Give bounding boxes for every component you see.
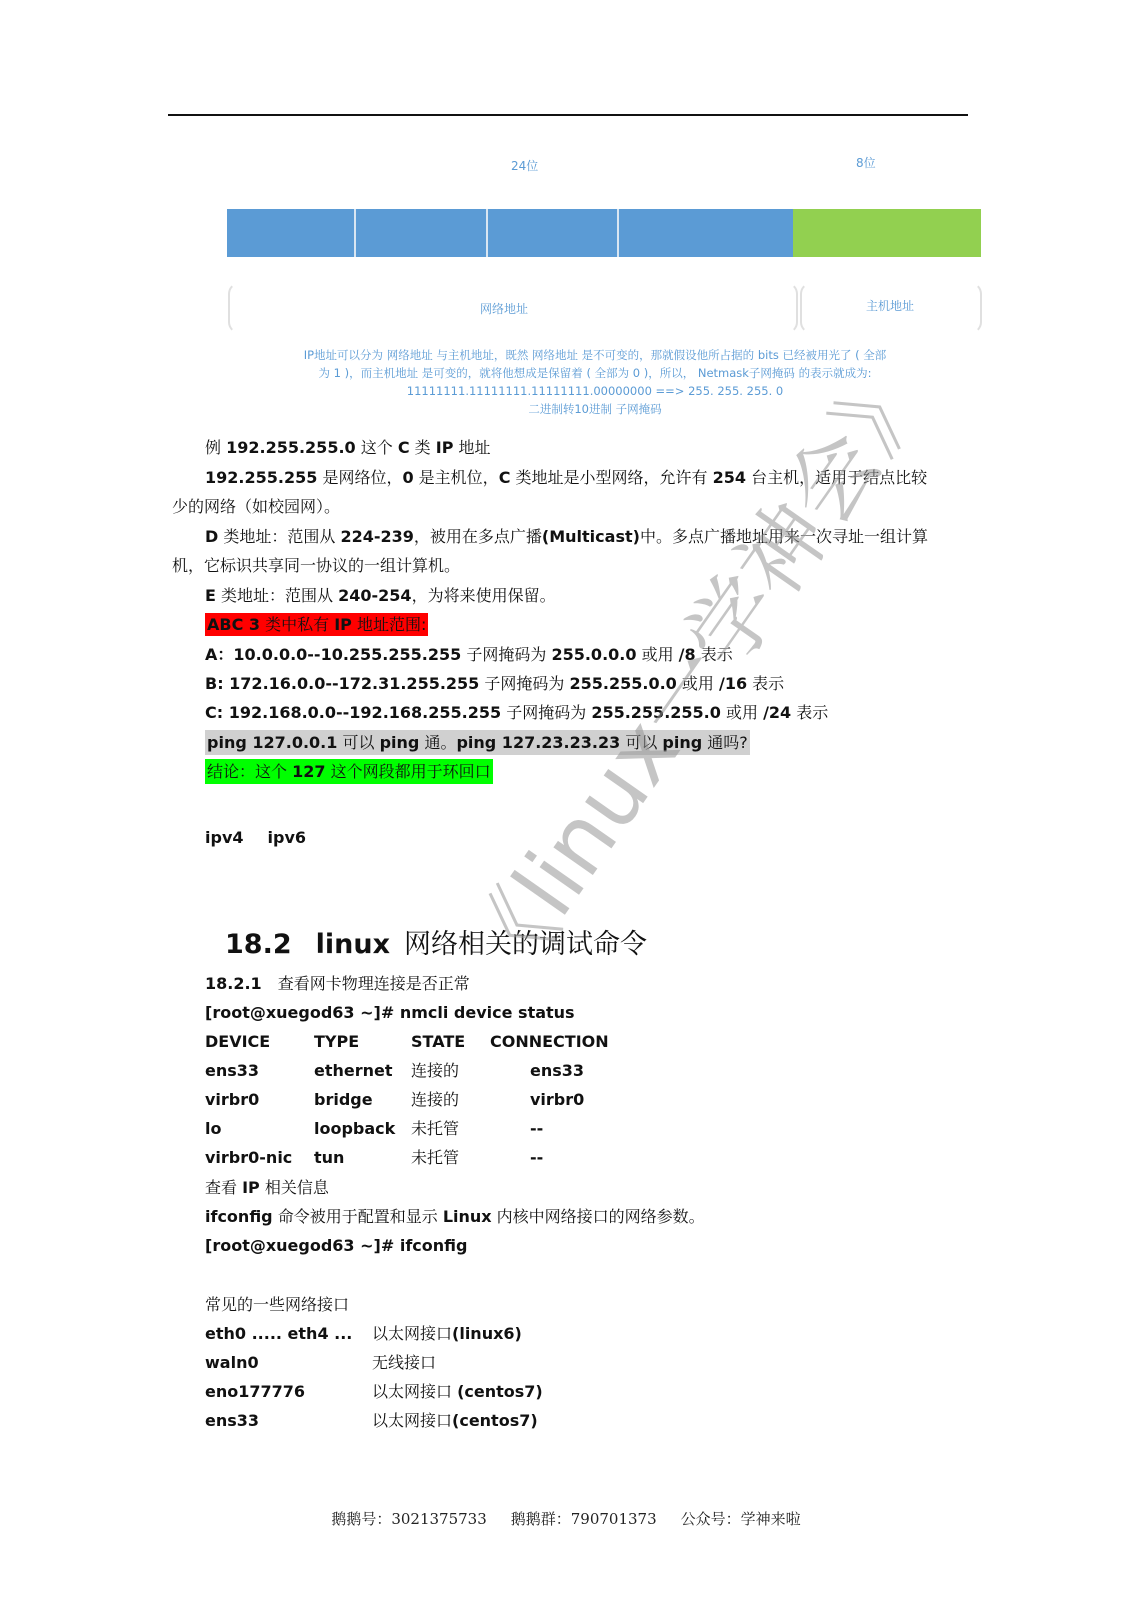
table-cell: 连接的: [411, 1059, 459, 1083]
diagram-caption: IP地址可以分为 网络地址 与主机地址，既然 网络地址 是不可变的，那就假设他所…: [240, 346, 950, 418]
text: IP: [334, 615, 352, 634]
table-cell: 未托管: [411, 1117, 459, 1141]
table-header-cell: DEVICE: [205, 1030, 270, 1054]
text: 这个: [356, 438, 398, 457]
table-cell: virbr0: [530, 1088, 584, 1112]
text: 类地址是小型网络，允许有: [510, 468, 712, 487]
text: 查看: [205, 1178, 242, 1197]
table-cell: loopback: [314, 1117, 395, 1141]
text: 结论：这个: [207, 762, 292, 781]
caption-line: 11111111.11111111.11111111.00000000 ==> …: [240, 382, 950, 400]
subsection-title: 查看网卡物理连接是否正常: [278, 974, 470, 993]
c-class-desc: 192.255.255 是网络位，0 是主机位，C 类地址是小型网络，允许有 2…: [205, 466, 927, 490]
text: 可以: [337, 733, 379, 752]
table-cell: 未托管: [411, 1146, 459, 1170]
text: 192.255.255: [205, 468, 317, 487]
text: 或用: [636, 645, 678, 664]
bar-divider: [486, 209, 488, 257]
network-bar: [227, 209, 793, 257]
text: A：10.0.0.0--10.255.255.255: [205, 645, 461, 664]
text: 表示: [747, 674, 784, 693]
ifconfig-desc: ifconfig 命令被用于配置和显示 Linux 内核中网络接口的网络参数。: [205, 1205, 705, 1229]
d-class-desc: D 类地址：范围从 224-239，被用在多点广播(Multicast)中。多点…: [205, 525, 928, 549]
text: ping: [380, 733, 420, 752]
host-bits-label: 8位: [856, 154, 876, 171]
text: 命令被用于配置和显示: [273, 1207, 443, 1226]
table-cell: lo: [205, 1117, 221, 1141]
text: E: [205, 586, 216, 605]
c-class-desc-cont: 少的网络（如校园网）。: [172, 495, 340, 519]
text: 255.255.0.0: [570, 674, 677, 693]
interface-name: waln0: [205, 1351, 259, 1375]
text: ，为将来使用保留。: [412, 586, 556, 605]
text: C: [499, 468, 511, 487]
text: 是网络位，: [317, 468, 402, 487]
text: /24: [763, 703, 791, 722]
text: 内核中网络接口的网络参数。: [492, 1207, 705, 1226]
text: ABC 3: [207, 615, 260, 634]
text: B: 172.16.0.0--172.31.255.255: [205, 674, 479, 693]
text: 是主机位，: [414, 468, 499, 487]
text: 或用: [677, 674, 719, 693]
table-cell: ethernet: [314, 1059, 393, 1083]
bar-divider: [617, 209, 619, 257]
interface-desc: 以太网接口(centos7): [372, 1409, 538, 1433]
example-line: 例 192.255.255.0 这个 C 类 IP 地址: [205, 436, 491, 460]
interface-name: eth0 ..... eth4 ...: [205, 1322, 352, 1346]
green-highlight: 结论：这个 127 这个网段都用于环回口: [205, 759, 493, 784]
text: 表示: [791, 703, 828, 722]
bar-divider: [354, 209, 356, 257]
section-heading: 18.2linux网络相关的调试命令: [225, 922, 647, 961]
table-cell: --: [530, 1146, 543, 1170]
command-ifconfig: [root@xuegod63 ~]# ifconfig: [205, 1234, 467, 1258]
private-range-c: C: 192.168.0.0--192.168.255.255 子网掩码为 25…: [205, 701, 828, 725]
d-class-desc-cont: 机，它标识共享同一协议的一组计算机。: [172, 554, 460, 578]
network-bits-label: 24位: [511, 157, 538, 174]
text: /8: [679, 645, 696, 664]
interface-desc: 以太网接口(linux6): [372, 1322, 522, 1346]
host-address-label: 主机地址: [866, 297, 914, 314]
table-cell: tun: [314, 1146, 344, 1170]
text: ifconfig: [205, 1207, 273, 1226]
footer-qq: 鹅鹅号：3021375733: [331, 1510, 486, 1528]
text: 0: [402, 468, 413, 487]
text: 通吗?: [702, 733, 748, 752]
table-header-cell: STATE: [411, 1030, 465, 1054]
text: 这个网段都用于环回口: [326, 762, 491, 781]
text: 类: [410, 438, 436, 457]
table-cell: ens33: [205, 1059, 259, 1083]
red-highlight: ABC 3 类中私有 IP 地址范围:: [205, 613, 428, 636]
text: 类地址：范围从: [216, 586, 338, 605]
text: 例: [205, 438, 226, 457]
text: 台主机，适用于结点比较: [746, 468, 927, 487]
ip-address: 192.255.255.0: [226, 438, 356, 457]
conclusion: 结论：这个 127 这个网段都用于环回口: [205, 760, 493, 784]
ipv-line: ipv4ipv6: [205, 826, 306, 850]
table-cell: --: [530, 1117, 543, 1141]
text: /16: [719, 674, 747, 693]
table-cell: bridge: [314, 1088, 373, 1112]
footer-group: 鹅鹅群：790701373: [511, 1510, 657, 1528]
caption-line: 为 1 )，而主机地址 是可变的，就将他想成是保留着 ( 全部为 0 )，所以，…: [240, 364, 950, 382]
host-bar: [793, 209, 981, 257]
table-cell: virbr0-nic: [205, 1146, 292, 1170]
text: 240-254: [338, 586, 411, 605]
text: 地址: [453, 438, 490, 457]
table-cell: ens33: [530, 1059, 584, 1083]
text: IP: [436, 438, 454, 457]
section-title: 网络相关的调试命令: [404, 929, 647, 960]
text: 类中私有: [260, 615, 334, 634]
text: 254: [713, 468, 746, 487]
caption-line: IP地址可以分为 网络地址 与主机地址，既然 网络地址 是不可变的，那就假设他所…: [240, 346, 950, 364]
text: 表示: [696, 645, 733, 664]
text: ping 127.23.23.23: [456, 733, 620, 752]
table-header-cell: TYPE: [314, 1030, 359, 1054]
text: ping 127.0.0.1: [207, 733, 337, 752]
text: 地址范围:: [352, 615, 426, 634]
caption-line: 二进制转10进制 子网掩码: [240, 400, 950, 418]
command-nmcli: [root@xuegod63 ~]# nmcli device status: [205, 1001, 575, 1025]
interface-desc: 以太网接口 (centos7): [372, 1380, 543, 1404]
text: 通。: [419, 733, 456, 752]
footer: 鹅鹅号：3021375733鹅鹅群：790701373公众号：学神来啦: [0, 1508, 1132, 1529]
text: 127: [292, 762, 325, 781]
table-cell: virbr0: [205, 1088, 259, 1112]
interface-name: ens33: [205, 1409, 259, 1433]
text: C: 192.168.0.0--192.168.255.255: [205, 703, 501, 722]
text: ipv4: [205, 828, 244, 847]
text: 255.0.0.0: [551, 645, 636, 664]
table-cell: 连接的: [411, 1088, 459, 1112]
text: 相关信息: [260, 1178, 329, 1197]
ping-question: ping 127.0.0.1 可以 ping 通。ping 127.23.23.…: [205, 731, 750, 755]
text: 子网掩码为: [461, 645, 551, 664]
text: 中。多点广播地址用来一次寻址一组计算: [640, 527, 928, 546]
text: 子网掩码为: [501, 703, 591, 722]
private-range-a: A：10.0.0.0--10.255.255.255 子网掩码为 255.0.0…: [205, 643, 733, 667]
text: Linux: [443, 1207, 492, 1226]
ip-structure-diagram: 24位 8位 网络地址 主机地址 IP地址可以分为 网络地址 与主机地址，既然 …: [0, 0, 1132, 420]
subsection-heading: 18.2.1查看网卡物理连接是否正常: [205, 972, 470, 996]
text: ping: [662, 733, 702, 752]
text: 224-239: [340, 527, 413, 546]
text: 255.255.255.0: [591, 703, 721, 722]
text: ipv6: [268, 828, 307, 847]
text: D: [205, 527, 218, 546]
interfaces-heading: 常见的一些网络接口: [205, 1293, 349, 1317]
private-range-title: ABC 3 类中私有 IP 地址范围:: [205, 613, 428, 637]
interface-desc: 无线接口: [372, 1351, 436, 1375]
text: 子网掩码为: [479, 674, 569, 693]
footer-public-account: 公众号：学神来啦: [681, 1510, 801, 1528]
interface-name: eno177776: [205, 1380, 305, 1404]
text: ，被用在多点广播: [414, 527, 542, 546]
gray-highlight: ping 127.0.0.1 可以 ping 通。ping 127.23.23.…: [205, 730, 750, 755]
section-number: 18.2: [225, 929, 292, 960]
subsection-number: 18.2.1: [205, 974, 262, 993]
text: (Multicast): [542, 527, 640, 546]
text: 可以: [620, 733, 662, 752]
e-class-desc: E 类地址：范围从 240-254，为将来使用保留。: [205, 584, 556, 608]
ip-info-heading: 查看 IP 相关信息: [205, 1176, 329, 1200]
text: IP: [242, 1178, 260, 1197]
private-range-b: B: 172.16.0.0--172.31.255.255 子网掩码为 255.…: [205, 672, 784, 696]
text: C: [398, 438, 410, 457]
network-address-label: 网络地址: [480, 300, 528, 317]
table-header-cell: CONNECTION: [490, 1030, 609, 1054]
section-keyword: linux: [316, 929, 390, 960]
text: 类地址：范围从: [218, 527, 340, 546]
text: 或用: [721, 703, 763, 722]
